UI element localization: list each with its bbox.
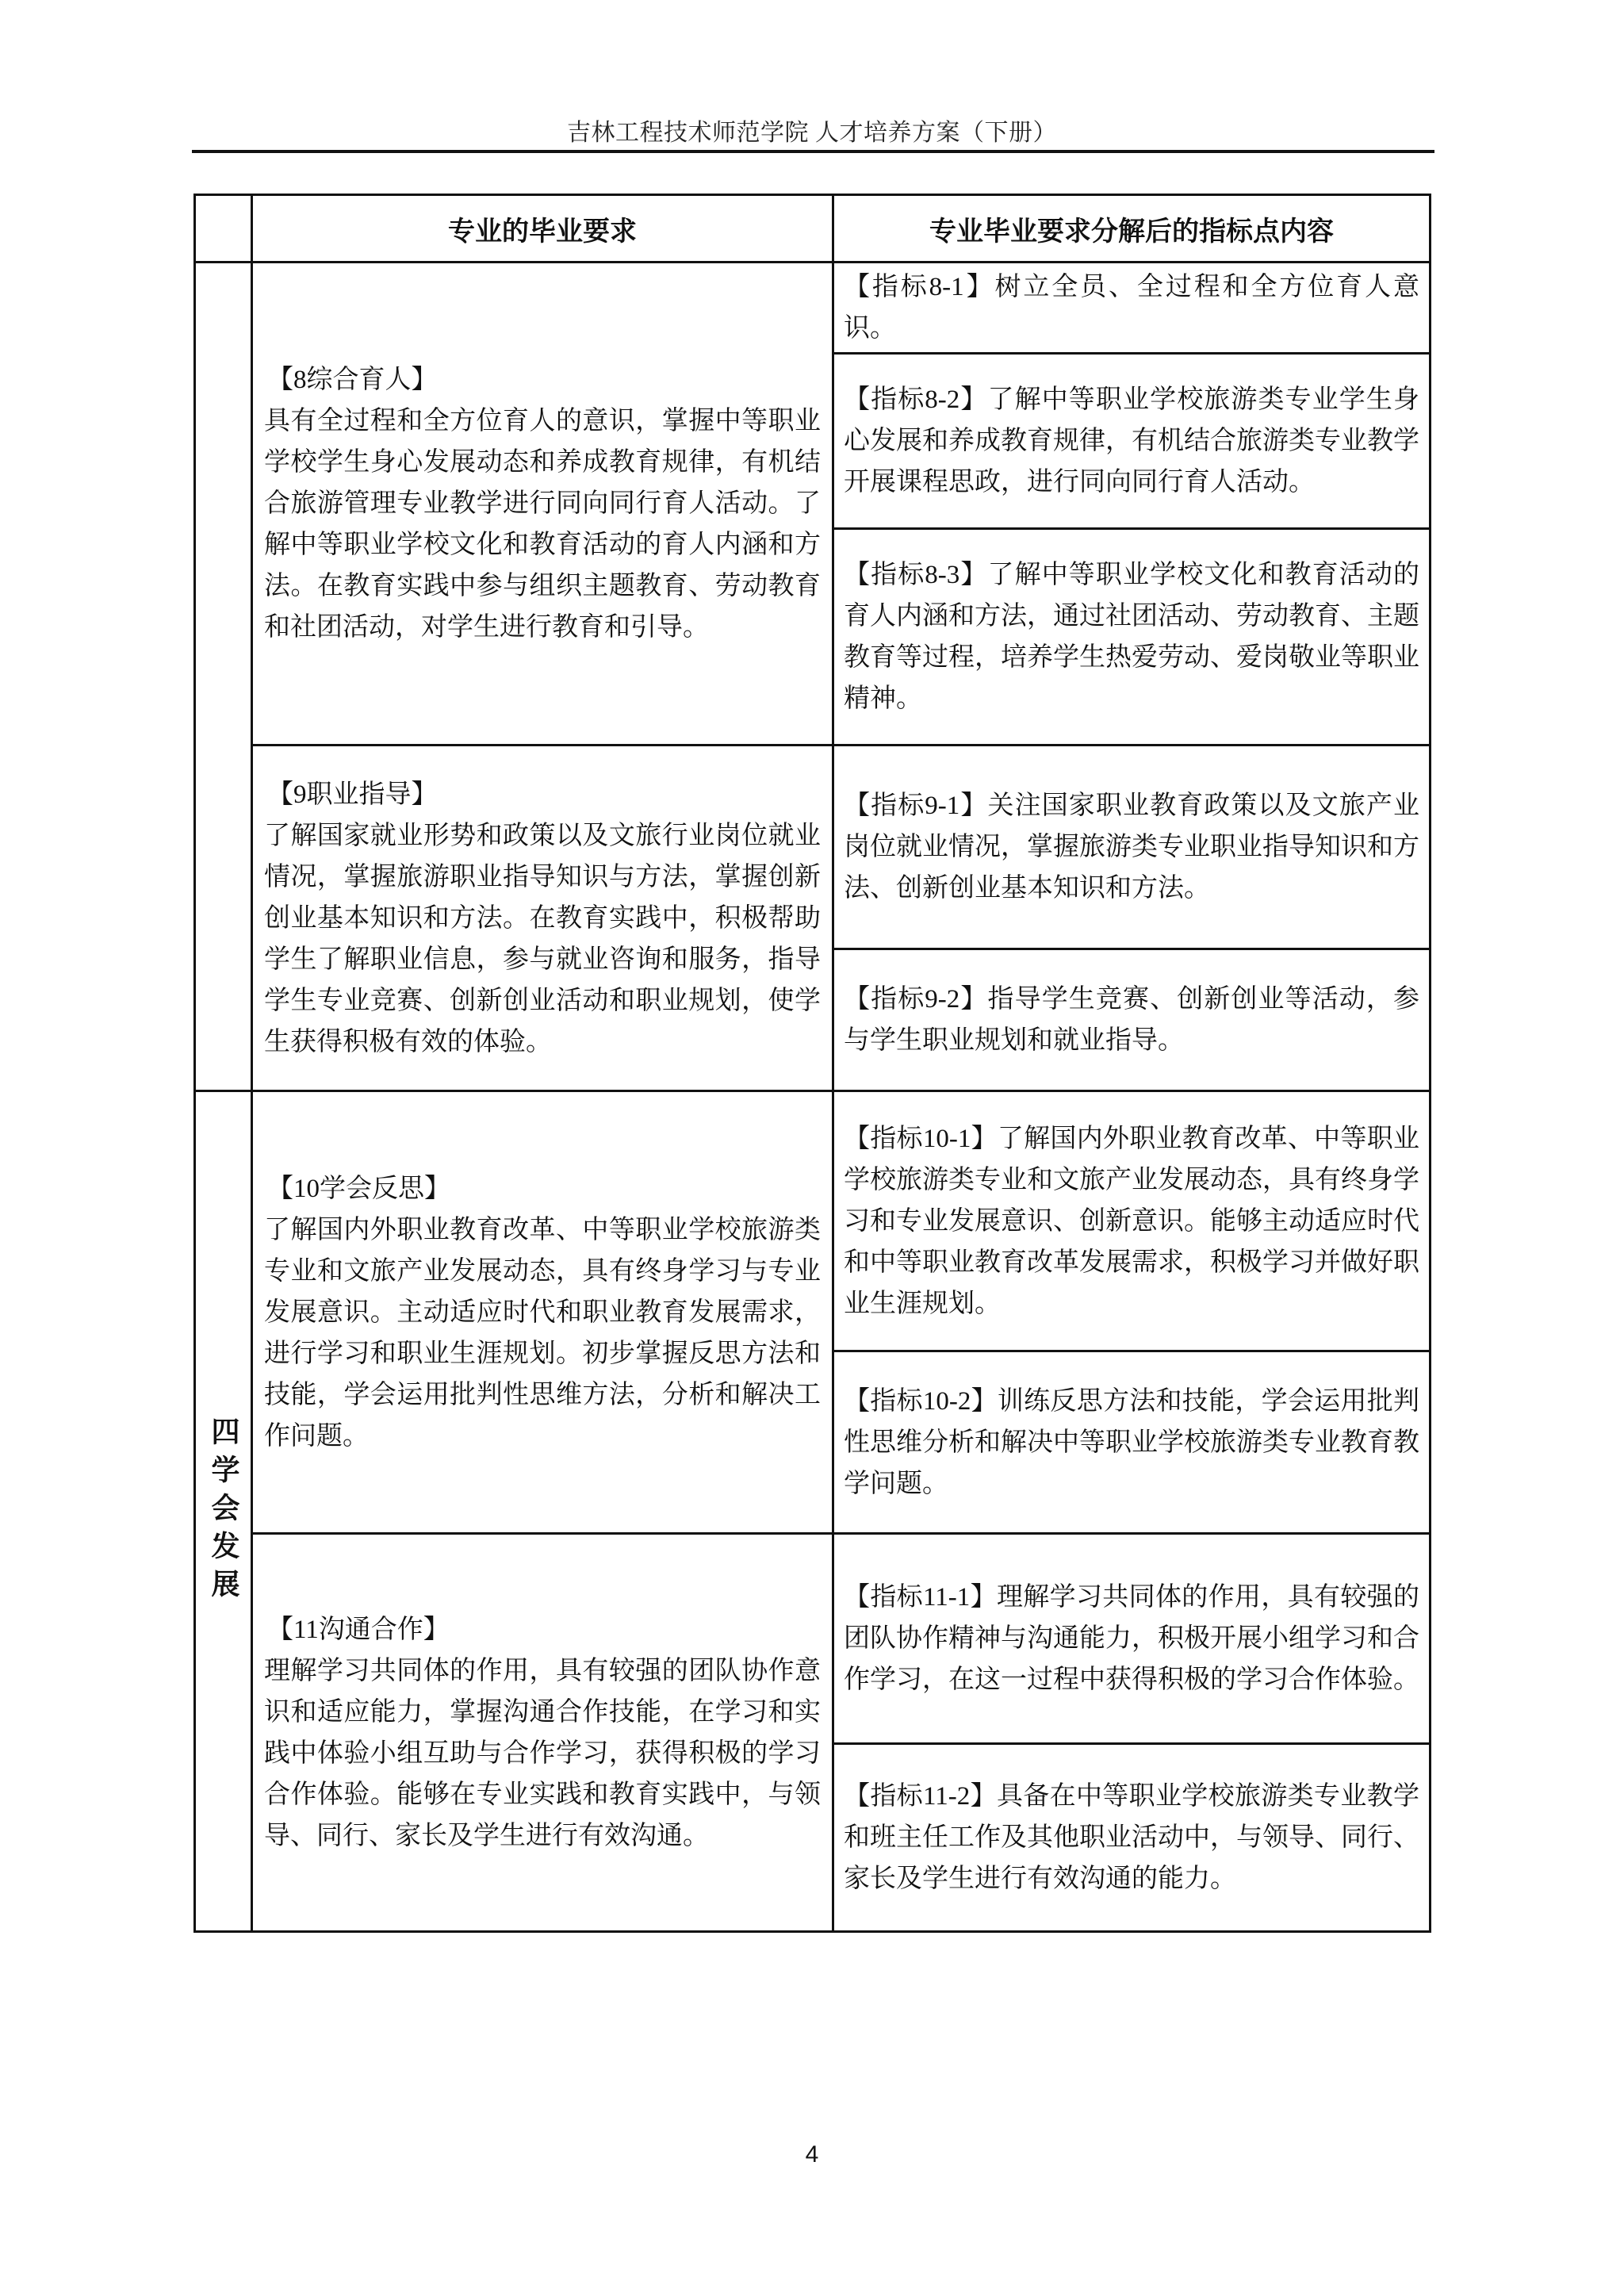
requirement-body: 理解学习共同体的作用，具有较强的团队协作意识和适应能力，掌握沟通合作技能，在学习…: [264, 1650, 821, 1857]
indicator-cell: 【指标8-1】树立全员、全过程和全方位育人意识。: [832, 261, 1431, 355]
indicator-cell: 【指标10-1】了解国内外职业教育改革、中等职业学校旅游类专业和文旅产业发展动态…: [832, 1090, 1431, 1352]
indicator-cell: 【指标8-3】了解中等职业学校文化和教育活动的育人内涵和方法，通过社团活动、劳动…: [832, 527, 1431, 746]
requirement-title: 【11沟通合作】: [264, 1609, 821, 1650]
requirement-cell: 【9职业指导】 了解国家就业形势和政策以及文旅行业岗位就业情况，掌握旅游职业指导…: [251, 744, 834, 1092]
category-label: 四学会发展: [203, 1416, 243, 1607]
category-cell: 四学会发展: [193, 1090, 253, 1933]
requirement-cell: 【10学会反思】 了解国内外职业教育改革、中等职业学校旅游类专业和文旅产业发展动…: [251, 1090, 834, 1535]
indicator-text: 【指标11-2】具备在中等职业学校旅游类专业教学和班主任工作及其他职业活动中，与…: [844, 1776, 1419, 1899]
indicator-text: 【指标10-1】了解国内外职业教育改革、中等职业学校旅游类专业和文旅产业发展动态…: [844, 1118, 1419, 1324]
category-cell: [193, 261, 253, 1092]
requirement-title: 【10学会反思】: [264, 1168, 821, 1209]
header-indicators: 专业毕业要求分解后的指标点内容: [832, 194, 1431, 263]
indicator-text: 【指标11-1】理解学习共同体的作用，具有较强的团队协作精神与沟通能力，积极开展…: [844, 1577, 1419, 1700]
requirement-body: 具有全过程和全方位育人的意识，掌握中等职业学校学生身心发展动态和养成教育规律，有…: [264, 401, 821, 648]
requirement-cell: 【11沟通合作】 理解学习共同体的作用，具有较强的团队协作意识和适应能力，掌握沟…: [251, 1532, 834, 1933]
indicator-text: 【指标8-1】树立全员、全过程和全方位育人意识。: [844, 266, 1419, 349]
requirement-body: 了解国内外职业教育改革、中等职业学校旅游类专业和文旅产业发展动态，具有终身学习与…: [264, 1209, 821, 1457]
header-rule: [192, 150, 1434, 153]
header-requirement: 专业的毕业要求: [251, 194, 834, 263]
requirement-title: 【9职业指导】: [264, 774, 821, 815]
indicator-cell: 【指标8-2】了解中等职业学校旅游类专业学生身心发展和养成教育规律，有机结合旅游…: [832, 352, 1431, 530]
indicator-text: 【指标9-1】关注国家职业教育政策以及文旅产业岗位就业情况，掌握旅游类专业职业指…: [844, 785, 1419, 909]
requirement-body: 了解国家就业形势和政策以及文旅行业岗位就业情况，掌握旅游职业指导知识与方法，掌握…: [264, 815, 821, 1063]
indicator-cell: 【指标10-2】训练反思方法和技能，学会运用批判性思维分析和解决中等职业学校旅游…: [832, 1350, 1431, 1535]
indicator-text: 【指标8-3】了解中等职业学校文化和教育活动的育人内涵和方法，通过社团活动、劳动…: [844, 554, 1419, 719]
running-header: 吉林工程技术师范学院 人才培养方案（下册）: [0, 113, 1624, 148]
requirement-title: 【8综合育人】: [264, 359, 821, 401]
indicator-text: 【指标9-2】指导学生竞赛、创新创业等活动，参与学生职业规划和就业指导。: [844, 979, 1419, 1061]
requirement-cell: 【8综合育人】 具有全过程和全方位育人的意识，掌握中等职业学校学生身心发展动态和…: [251, 261, 834, 746]
indicator-cell: 【指标9-2】指导学生竞赛、创新创业等活动，参与学生职业规划和就业指导。: [832, 948, 1431, 1092]
indicator-text: 【指标8-2】了解中等职业学校旅游类专业学生身心发展和养成教育规律，有机结合旅游…: [844, 379, 1419, 503]
indicator-cell: 【指标11-2】具备在中等职业学校旅游类专业教学和班主任工作及其他职业活动中，与…: [832, 1742, 1431, 1933]
indicator-cell: 【指标11-1】理解学习共同体的作用，具有较强的团队协作精神与沟通能力，积极开展…: [832, 1532, 1431, 1745]
graduation-requirements-table: 专业的毕业要求 专业毕业要求分解后的指标点内容 四学会发展 【8综合育人】 具有…: [193, 194, 1431, 1933]
indicator-cell: 【指标9-1】关注国家职业教育政策以及文旅产业岗位就业情况，掌握旅游类专业职业指…: [832, 744, 1431, 950]
header-category: [193, 194, 253, 263]
indicator-text: 【指标10-2】训练反思方法和技能，学会运用批判性思维分析和解决中等职业学校旅游…: [844, 1381, 1419, 1504]
page-number: 4: [0, 2141, 1624, 2168]
